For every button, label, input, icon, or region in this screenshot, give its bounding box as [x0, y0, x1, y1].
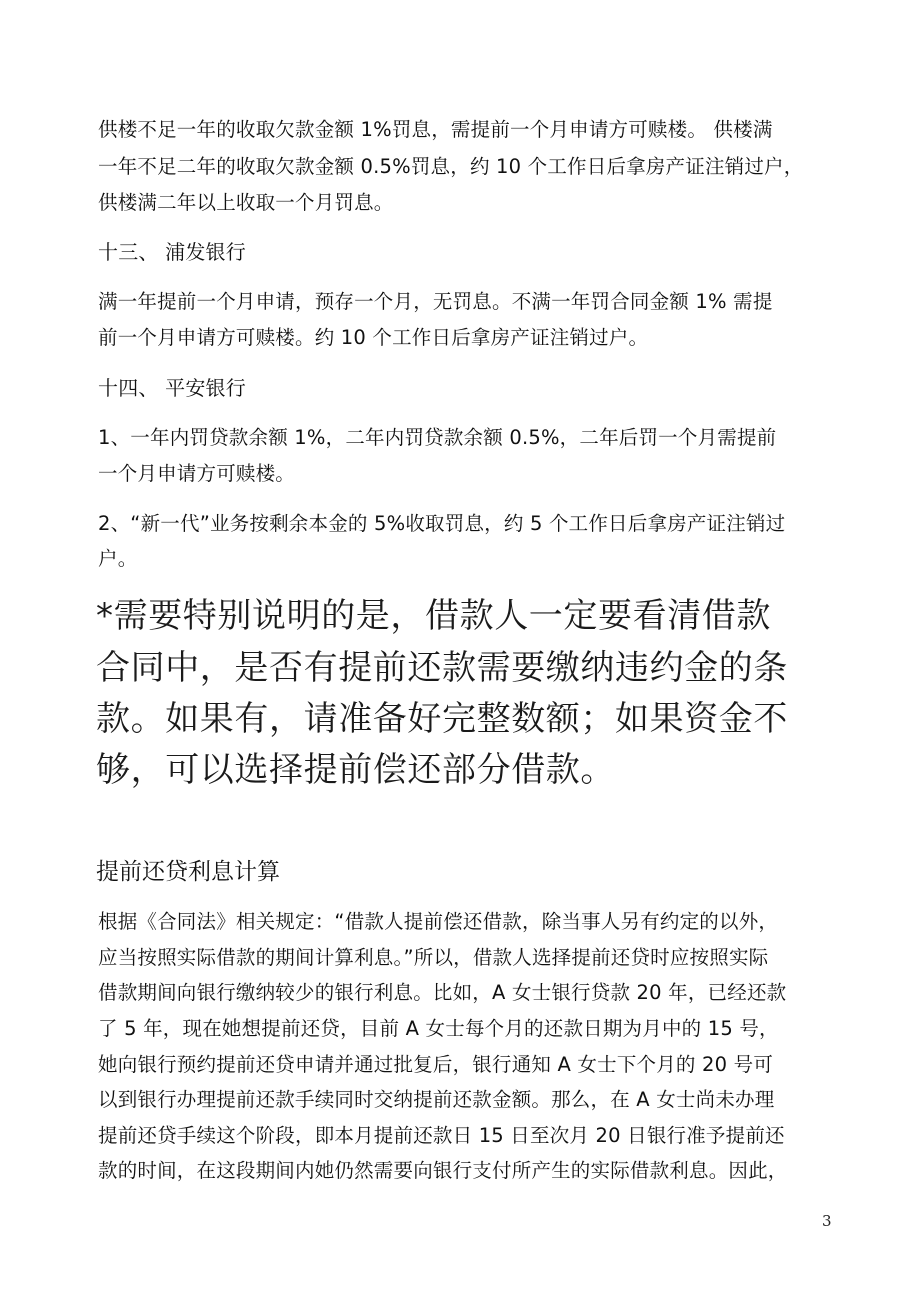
section-title-interest: 提前还贷利息计算	[96, 858, 280, 886]
paragraph-line: 供楼不足一年的收取欠款金额 1%罚息，需提前一个月申请方可赎楼。 供楼满	[98, 118, 773, 142]
paragraph-line: 以到银行办理提前还款手续同时交纳提前还款金额。那么，在 A 女士尚未办理	[98, 1088, 774, 1112]
list-item-line: 1、一年内罚贷款余额 1%，二年内罚贷款余额 0.5%，二年后罚一个月需提前	[98, 426, 776, 450]
list-item-line: 一个月申请方可赎楼。	[98, 462, 295, 486]
paragraph-line: 满一年提前一个月申请，预存一个月，无罚息。不满一年罚合同金额 1% 需提	[98, 290, 773, 314]
section-heading-pingan: 十四、 平安银行	[98, 376, 246, 400]
page-number: 3	[822, 1212, 832, 1230]
paragraph-line: 应当按照实际借款的期间计算利息。”所以，借款人选择提前还贷时应按照实际	[98, 946, 768, 970]
section-heading-spdb: 十三、 浦发银行	[98, 240, 246, 264]
document-page: 供楼不足一年的收取欠款金额 1%罚息，需提前一个月申请方可赎楼。 供楼满 一年不…	[0, 0, 920, 1302]
paragraph-line: 前一个月申请方可赎楼。约 10 个工作日后拿房产证注销过户。	[98, 326, 648, 350]
paragraph-line: 她向银行预约提前还贷申请并通过批复后，银行通知 A 女士下个月的 20 号可	[98, 1053, 773, 1077]
paragraph-line: 一年不足二年的收取欠款金额 0.5%罚息，约 10 个工作日后拿房产证注销过户，	[98, 155, 803, 179]
paragraph-line: 供楼满二年以上收取一个月罚息。	[98, 191, 394, 215]
list-item-line: 2、“新一代”业务按剩余本金的 5%收取罚息，约 5 个工作日后拿房产证注销过	[98, 512, 785, 536]
special-note-line: 合同中，是否有提前还款需要缴纳违约金的条	[96, 646, 788, 690]
special-note-line: 够，可以选择提前偿还部分借款。	[96, 748, 615, 792]
special-note-line: 款。如果有，请准备好完整数额；如果资金不	[96, 697, 788, 741]
paragraph-line: 根据《合同法》相关规定：“借款人提前偿还借款，除当事人另有约定的以外，	[98, 910, 778, 934]
list-item-line: 户。	[98, 547, 137, 571]
paragraph-line: 借款期间向银行缴纳较少的银行利息。比如，A 女士银行贷款 20 年，已经还款	[98, 981, 786, 1005]
paragraph-line: 提前还贷手续这个阶段，即本月提前还款日 15 日至次月 20 日银行准予提前还	[98, 1124, 785, 1148]
paragraph-line: 了 5 年，现在她想提前还贷，目前 A 女士每个月的还款日期为月中的 15 号，	[98, 1017, 779, 1041]
paragraph-line: 款的时间，在这段期间内她仍然需要向银行支付所产生的实际借款利息。因此，	[98, 1159, 788, 1183]
special-note-line: *需要特别说明的是，借款人一定要看清借款	[96, 594, 771, 638]
